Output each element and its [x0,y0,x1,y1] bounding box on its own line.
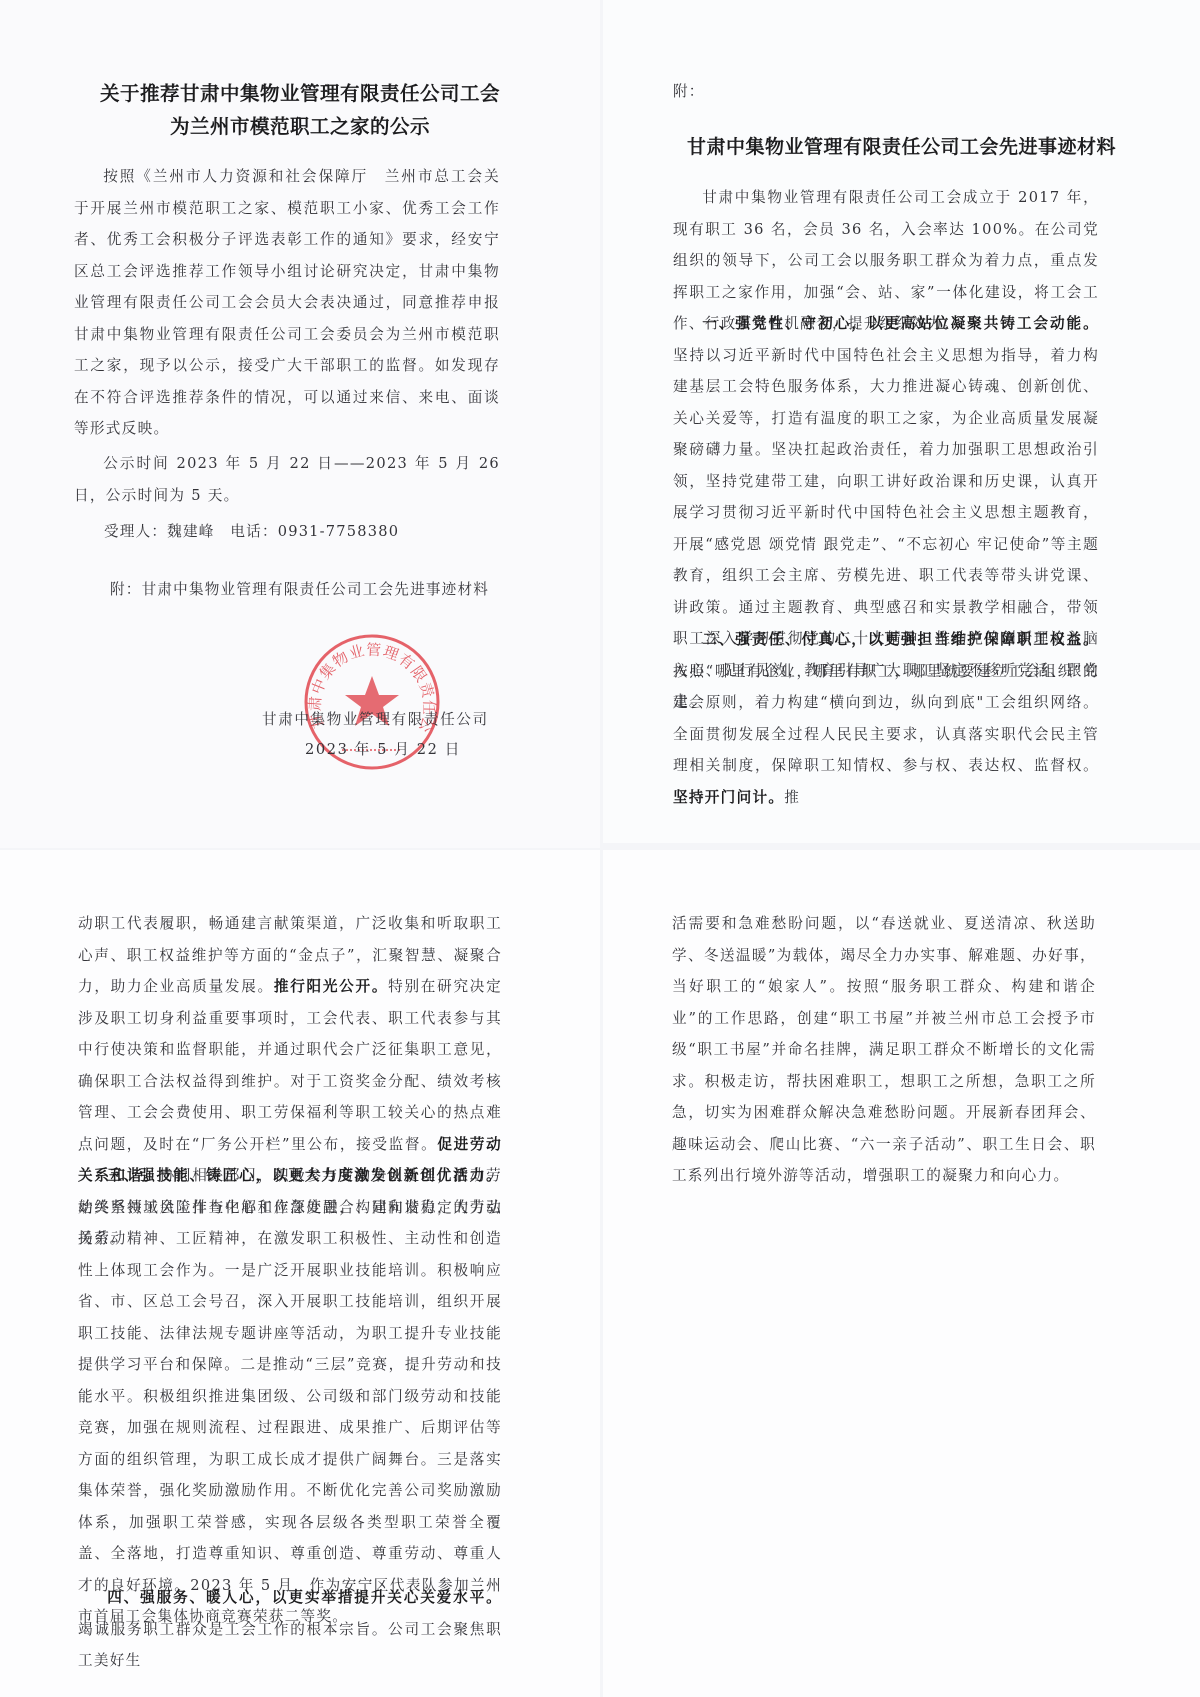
announcement-body: 按照《兰州市人力资源和社会保障厅 兰州市总工会关于开展兰州市模范职工之家、模范职… [74,161,500,445]
section-2-tail: 推 [784,789,800,806]
section-3-heading: 三、强技能、铸匠心，以更大力度激发创新创优活力。 [107,1167,502,1184]
sunshine-heading: 推行阳光公开。 [274,978,388,995]
page-3-deeds-continued: 动职工代表履职，畅通建言献策渠道，广泛收集和听取职工心声、职工权益维护等方面的“… [0,850,600,1697]
page-4-deeds-end: 活需要和急难愁盼问题，以“春送就业、夏送清凉、秋送助学、冬送温暖”为载体，竭尽全… [603,850,1200,1697]
section-3-body: 始终坚持工会工作与中心工作深度融合、同向发力，大力弘扬劳动精神、工匠精神，在激发… [78,1199,502,1626]
section-2-subheading: 坚持开门问计。 [673,789,784,806]
deeds-section-3: 三、强技能、铸匠心，以更大力度激发创新创优活力。始终坚持工会工作与中心工作深度融… [78,1160,502,1633]
signature-date: 2023 年 5 月 22 日 [305,738,461,759]
deeds-section-4-continued: 活需要和急难愁盼问题，以“春送就业、夏送清凉、秋送助学、冬送温暖”为载体，竭尽全… [672,908,1096,1192]
attachment-label: 附： [673,80,705,101]
deeds-section-2: 二、强责任、付真心，以更强担当维护保障职工权益。按照“哪里有企业，哪里有职工，哪… [673,624,1099,813]
section-2-body: 按照“哪里有企业，哪里有职工，哪里就要建立工会组织”的建会原则，着力构建“横向到… [673,663,1099,775]
announcement-title-line1: 关于推荐甘肃中集物业管理有限责任公司工会 [0,78,600,106]
section-4-body: 竭诚服务职工群众是工会工作的根本宗旨。公司工会聚焦职工美好生 [78,1621,502,1670]
announcement-contact: 受理人：魏建峰 电话：0931-7758380 [104,520,399,541]
sunshine-body: 特别在研究决定涉及职工切身利益重要事项时，工会代表、职工代表参与其中行使决策和监… [78,978,502,1153]
section-4-heading: 四、强服务、暖人心，以更实举措提升关心关爱水平。 [107,1589,502,1606]
announcement-attachment: 附：甘肃中集物业管理有限责任公司工会先进事迹材料 [110,578,489,599]
deeds-section-4: 四、强服务、暖人心，以更实举措提升关心关爱水平。竭诚服务职工群众是工会工作的根本… [78,1582,502,1677]
page-1-announcement: 关于推荐甘肃中集物业管理有限责任公司工会 为兰州市模范职工之家的公示 按照《兰州… [0,0,600,848]
deeds-title: 甘肃中集物业管理有限责任公司工会先进事迹材料 [603,132,1200,159]
section-2-heading: 二、强责任、付真心，以更强担当维护保障职工权益。 [702,631,1099,648]
announcement-period: 公示时间 2023 年 5 月 22 日——2023 年 5 月 26 日，公示… [74,448,500,511]
section-1-heading: 一、强党性、守初心，以更高站位凝聚共铸工会动能。 [702,315,1099,332]
signature-organization: 甘肃中集物业管理有限责任公司 [262,708,489,729]
announcement-title-line2: 为兰州市模范职工之家的公示 [0,111,600,139]
page-2-deeds: 附： 甘肃中集物业管理有限责任公司工会先进事迹材料 甘肃中集物业管理有限责任公司… [603,0,1200,843]
